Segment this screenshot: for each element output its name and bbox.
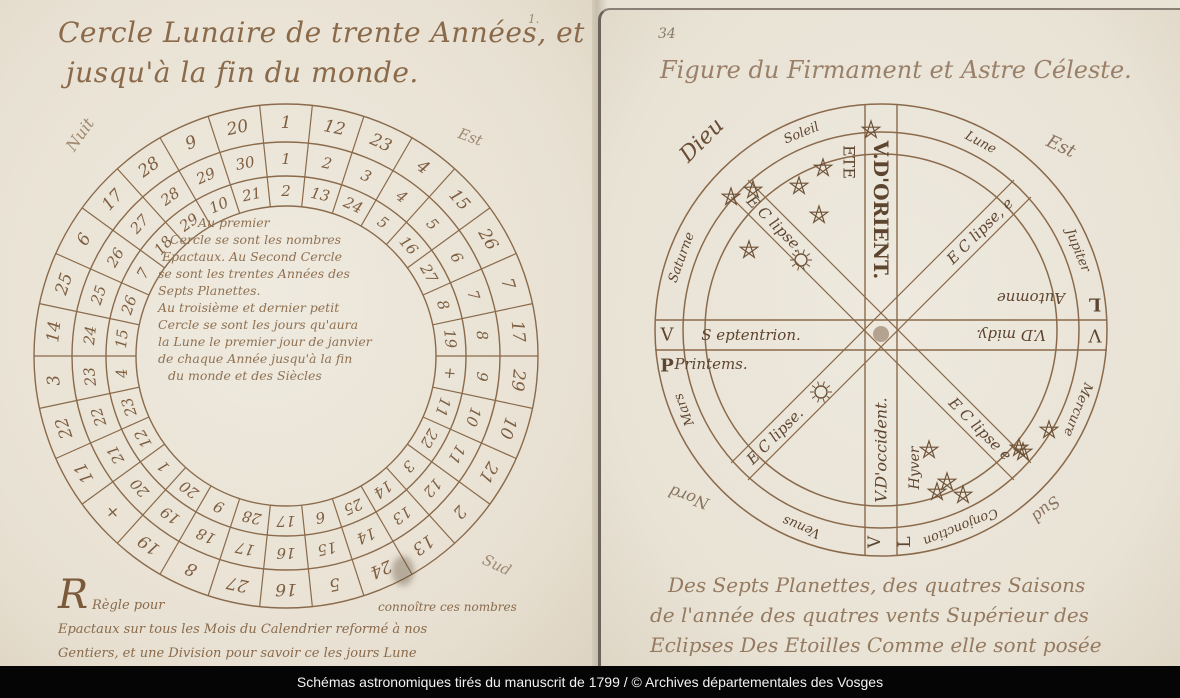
lunar-cell-number: 10 (462, 405, 485, 429)
lunar-cell-number: 13 (309, 184, 331, 206)
rule-heading: Règle pour (92, 598, 165, 613)
bottom-text-line: Des Septs Planettes, des quatres Saisons (650, 570, 1130, 600)
lunar-cell-number: 8 (472, 330, 491, 341)
lunar-cell-number: 12 (131, 426, 156, 452)
lunar-cell-number: 22 (416, 425, 442, 451)
lunar-cell-number: 9 (210, 496, 226, 517)
firmament-label: Saturne (666, 230, 698, 285)
firmament-label: ETE (840, 145, 859, 179)
lunar-cell-number: 25 (341, 494, 367, 519)
firmament-label: Jupiter (1061, 224, 1093, 275)
lunar-cell-number: 3 (44, 374, 65, 387)
lunar-cell-number: 1 (281, 150, 291, 168)
lunar-cell-number: 2 (448, 500, 471, 522)
lunar-cell-number: 20 (126, 474, 153, 501)
firmament-label: Printems. (673, 355, 747, 373)
lunar-cell-number: 28 (134, 153, 164, 183)
lunar-cell-number: 9 (182, 132, 200, 155)
lunar-cell-number: 11 (431, 395, 454, 419)
lunar-cell-number: 20 (224, 116, 250, 140)
bottom-text-line: Eclipses Des Etoilles Comme elle sont po… (650, 630, 1130, 660)
lunar-cell-number: 17 (98, 185, 127, 215)
lunar-cell-number: 8 (433, 298, 453, 313)
lunar-cell-number: 19 (157, 502, 183, 528)
lunar-cell-number: 3 (358, 166, 374, 186)
lunar-cell-number: 10 (495, 415, 521, 442)
lunar-cell-number: 5 (327, 573, 342, 595)
lunar-cell-number: 28 (240, 507, 263, 529)
lunar-circle-explanation: Au premier Cercle se sont les nombres Ep… (158, 214, 428, 384)
note-line: Au premier (158, 214, 428, 231)
lunar-cell-number: 24 (80, 325, 100, 347)
lunar-cell-number: 19 (440, 328, 460, 349)
lunar-cell-number: 16 (276, 544, 296, 562)
star-icon (740, 241, 757, 257)
lunar-cell-number: 13 (408, 530, 437, 559)
star-icon (790, 177, 807, 193)
rule-line-2: Gentiers, et une Division pour savoir ce… (58, 646, 417, 661)
sun-icon (795, 254, 807, 266)
lunar-cell-number: 8 (182, 557, 200, 580)
lunar-cell-number: 15 (316, 538, 338, 560)
note-line: Cercle se sont les nombres (158, 231, 428, 248)
lunar-cell-number: 23 (366, 129, 395, 156)
lunar-cell-number: 9 (472, 371, 491, 383)
lunar-cell-number: 27 (126, 211, 153, 238)
lunar-cell-number: 15 (112, 328, 132, 349)
lunar-cell-number: 12 (322, 116, 347, 140)
firmament-label: Lune (962, 128, 999, 157)
firmament-label: V.D'occident. (872, 397, 891, 502)
lunar-cell-number: 11 (70, 458, 98, 487)
firmament-label: E C lipse, e (942, 194, 1016, 268)
lunar-cell-number: 26 (102, 244, 128, 271)
note-line: la Lune le premier jour de janvier (158, 333, 428, 350)
lunar-cell-number: 17 (507, 320, 529, 344)
lunar-cell-number: 6 (313, 508, 327, 528)
firmament-label: Hyver (907, 445, 923, 490)
firmament-label: V (1088, 325, 1103, 346)
firmament-label: E C lipse e (944, 393, 1015, 464)
lunar-cell-number: 4 (112, 368, 131, 380)
lunar-cell-number: 22 (52, 415, 78, 443)
lunar-cell-number: 14 (43, 320, 65, 344)
lunar-cell-number: 21 (240, 184, 263, 206)
lunar-cell-number: 17 (233, 538, 256, 560)
note-line: se sont les trentes Années des (158, 265, 428, 282)
lunar-cell-number: 26 (117, 293, 140, 318)
lunar-cell-number: 13 (389, 502, 415, 528)
lunar-cell-number: + (101, 500, 125, 524)
lunar-cell-number: 23 (118, 395, 141, 420)
lunar-cell-number: 1 (281, 113, 292, 133)
firmament-label: Automne (997, 289, 1067, 307)
bottom-text-line: de l'année des quatres vents Supérieur d… (650, 600, 1130, 630)
firmament-label: V.D'ORIENT. (869, 140, 893, 280)
firmament-label: V.D midy. (976, 326, 1046, 344)
lunar-cell-number: 6 (73, 230, 96, 250)
lunar-cell-number: 22 (87, 405, 110, 430)
lunar-cell-number: 20 (176, 476, 203, 503)
lunar-cell-number: 4 (412, 156, 433, 179)
star-icon (810, 206, 827, 222)
firmament-label: V (865, 535, 885, 549)
lunar-cell-number: 18 (193, 524, 218, 548)
star-icon (938, 473, 955, 489)
lunar-cell-number: 25 (51, 271, 77, 299)
lunar-cell-number: 30 (234, 152, 257, 174)
note-line: Epactaux. Au Second Cercle (158, 248, 428, 265)
lunar-cell-number: 27 (225, 572, 251, 596)
lunar-cell-number: 29 (193, 164, 219, 189)
lunar-cell-number: 19 (134, 530, 163, 559)
firmament-label: L (1088, 294, 1101, 315)
lunar-cell-number: 2 (319, 153, 333, 173)
firmament-label: E C lipse. (742, 191, 807, 256)
firmament-label: S eptentrion. (701, 326, 801, 344)
lunar-cell-number: 14 (370, 477, 396, 503)
firmament-label: E C lipse. (742, 404, 807, 469)
lunar-cell-number: 21 (474, 457, 503, 487)
lunar-cell-number: 4 (392, 186, 411, 207)
lunar-cell-number: 29 (507, 368, 529, 393)
firmament-diagram: V.D'ORIENT.V.D'occident.ETEHyverS eptent… (598, 0, 1180, 666)
note-line: Septs Planettes. (158, 282, 428, 299)
firmament-label: Mercure (1060, 379, 1096, 438)
left-page: 1. Cercle Lunaire de trente Années, et j… (0, 0, 592, 666)
lunar-cell-number: 16 (275, 579, 297, 599)
lunar-cell-number: 26 (473, 224, 502, 254)
lunar-cell-number: 28 (156, 184, 183, 210)
lunar-cell-number: 7 (496, 276, 518, 293)
lunar-cell-number: 7 (463, 288, 483, 303)
image-caption: Schémas astronomiques tirés du manuscrit… (0, 666, 1180, 698)
lunar-cell-number: 6 (446, 249, 467, 267)
firmament-label: V (660, 325, 675, 346)
note-line: du monde et des Siècles (158, 367, 428, 384)
lunar-cell-number: 12 (419, 475, 445, 501)
note-line: Au troisième et dernier petit (158, 299, 428, 316)
note-line: Cercle se sont les jours qu'aura (158, 316, 428, 333)
lunar-cell-number: 14 (354, 524, 379, 548)
lunar-cell-number: 2 (280, 182, 291, 200)
lunar-cell-number: 25 (87, 283, 110, 308)
lunar-cell-number: 15 (444, 185, 473, 214)
sun-icon (815, 386, 827, 398)
note-line: de chaque Année jusqu'à la fin (158, 350, 428, 367)
ink-stain (392, 556, 414, 586)
lunar-cell-number: 11 (444, 442, 469, 468)
lunar-cell-number: 21 (103, 442, 129, 468)
lunar-cell-number: 1 (153, 457, 173, 476)
rule-heading-continued: connoître ces nombres (378, 600, 517, 614)
lunar-cell-number: 23 (80, 366, 100, 388)
firmament-label: L (895, 536, 915, 547)
rule-initial-letter: R (58, 572, 88, 618)
rule-line-1: Epactaux sur tous les Mois du Calendrier… (58, 622, 427, 637)
manuscript-spread: 1. Cercle Lunaire de trente Années, et j… (0, 0, 1180, 666)
right-bottom-text: Des Septs Planettes, des quatres Saisons… (650, 570, 1130, 660)
lunar-cell-number: 17 (276, 512, 296, 530)
lunar-cell-number: 3 (399, 457, 419, 476)
firmament-label: P (660, 356, 674, 377)
lunar-cell-number: + (440, 366, 459, 380)
lunar-cell-number: 7 (133, 264, 154, 282)
